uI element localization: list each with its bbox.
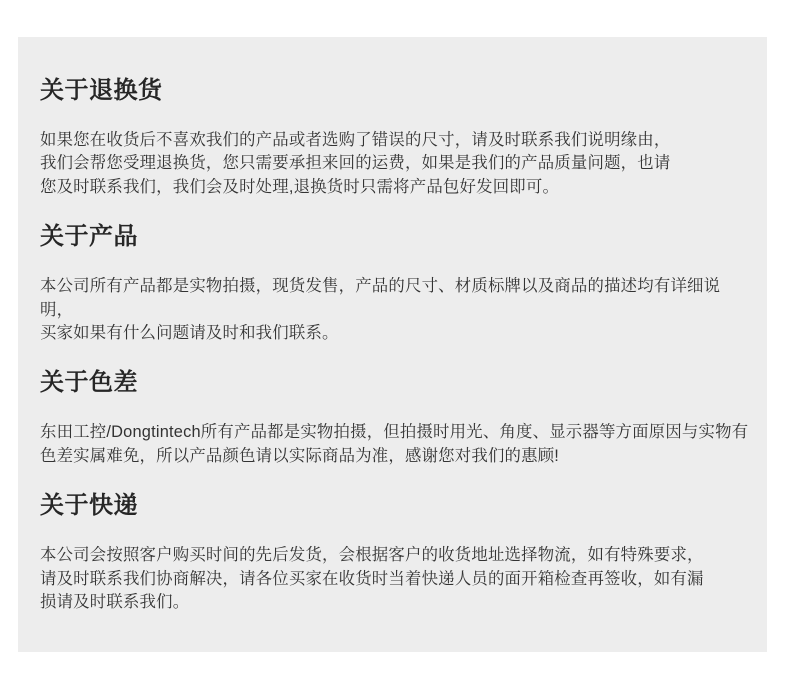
- returns-heading: 关于退换货: [40, 77, 749, 105]
- color-difference-body-text: 东田工控/Dongtintech所有产品都是实物拍摄，但拍摄时用光、角度、显示器…: [40, 421, 749, 468]
- products-heading: 关于产品: [40, 223, 749, 251]
- notice-card: 关于退换货 如果您在收货后不喜欢我们的产品或者选购了错误的尺寸，请及时联系我们说…: [18, 37, 767, 652]
- shipping-heading: 关于快递: [40, 492, 749, 520]
- section-returns: 关于退换货 如果您在收货后不喜欢我们的产品或者选购了错误的尺寸，请及时联系我们说…: [40, 77, 749, 199]
- color-difference-heading: 关于色差: [40, 369, 749, 397]
- returns-body-text: 如果您在收货后不喜欢我们的产品或者选购了错误的尺寸，请及时联系我们说明缘由， 我…: [40, 129, 749, 199]
- page: { "page": { "background_color": "#ffffff…: [0, 0, 790, 698]
- shipping-body-text: 本公司会按照客户购买时间的先后发货，会根据客户的收货地址选择物流，如有特殊要求，…: [40, 544, 749, 614]
- section-shipping: 关于快递 本公司会按照客户购买时间的先后发货，会根据客户的收货地址选择物流，如有…: [40, 492, 749, 614]
- section-color-difference: 关于色差 东田工控/Dongtintech所有产品都是实物拍摄，但拍摄时用光、角…: [40, 369, 749, 468]
- products-body-text: 本公司所有产品都是实物拍摄，现货发售，产品的尺寸、材质标牌以及商品的描述均有详细…: [40, 275, 749, 345]
- section-products: 关于产品 本公司所有产品都是实物拍摄，现货发售，产品的尺寸、材质标牌以及商品的描…: [40, 223, 749, 345]
